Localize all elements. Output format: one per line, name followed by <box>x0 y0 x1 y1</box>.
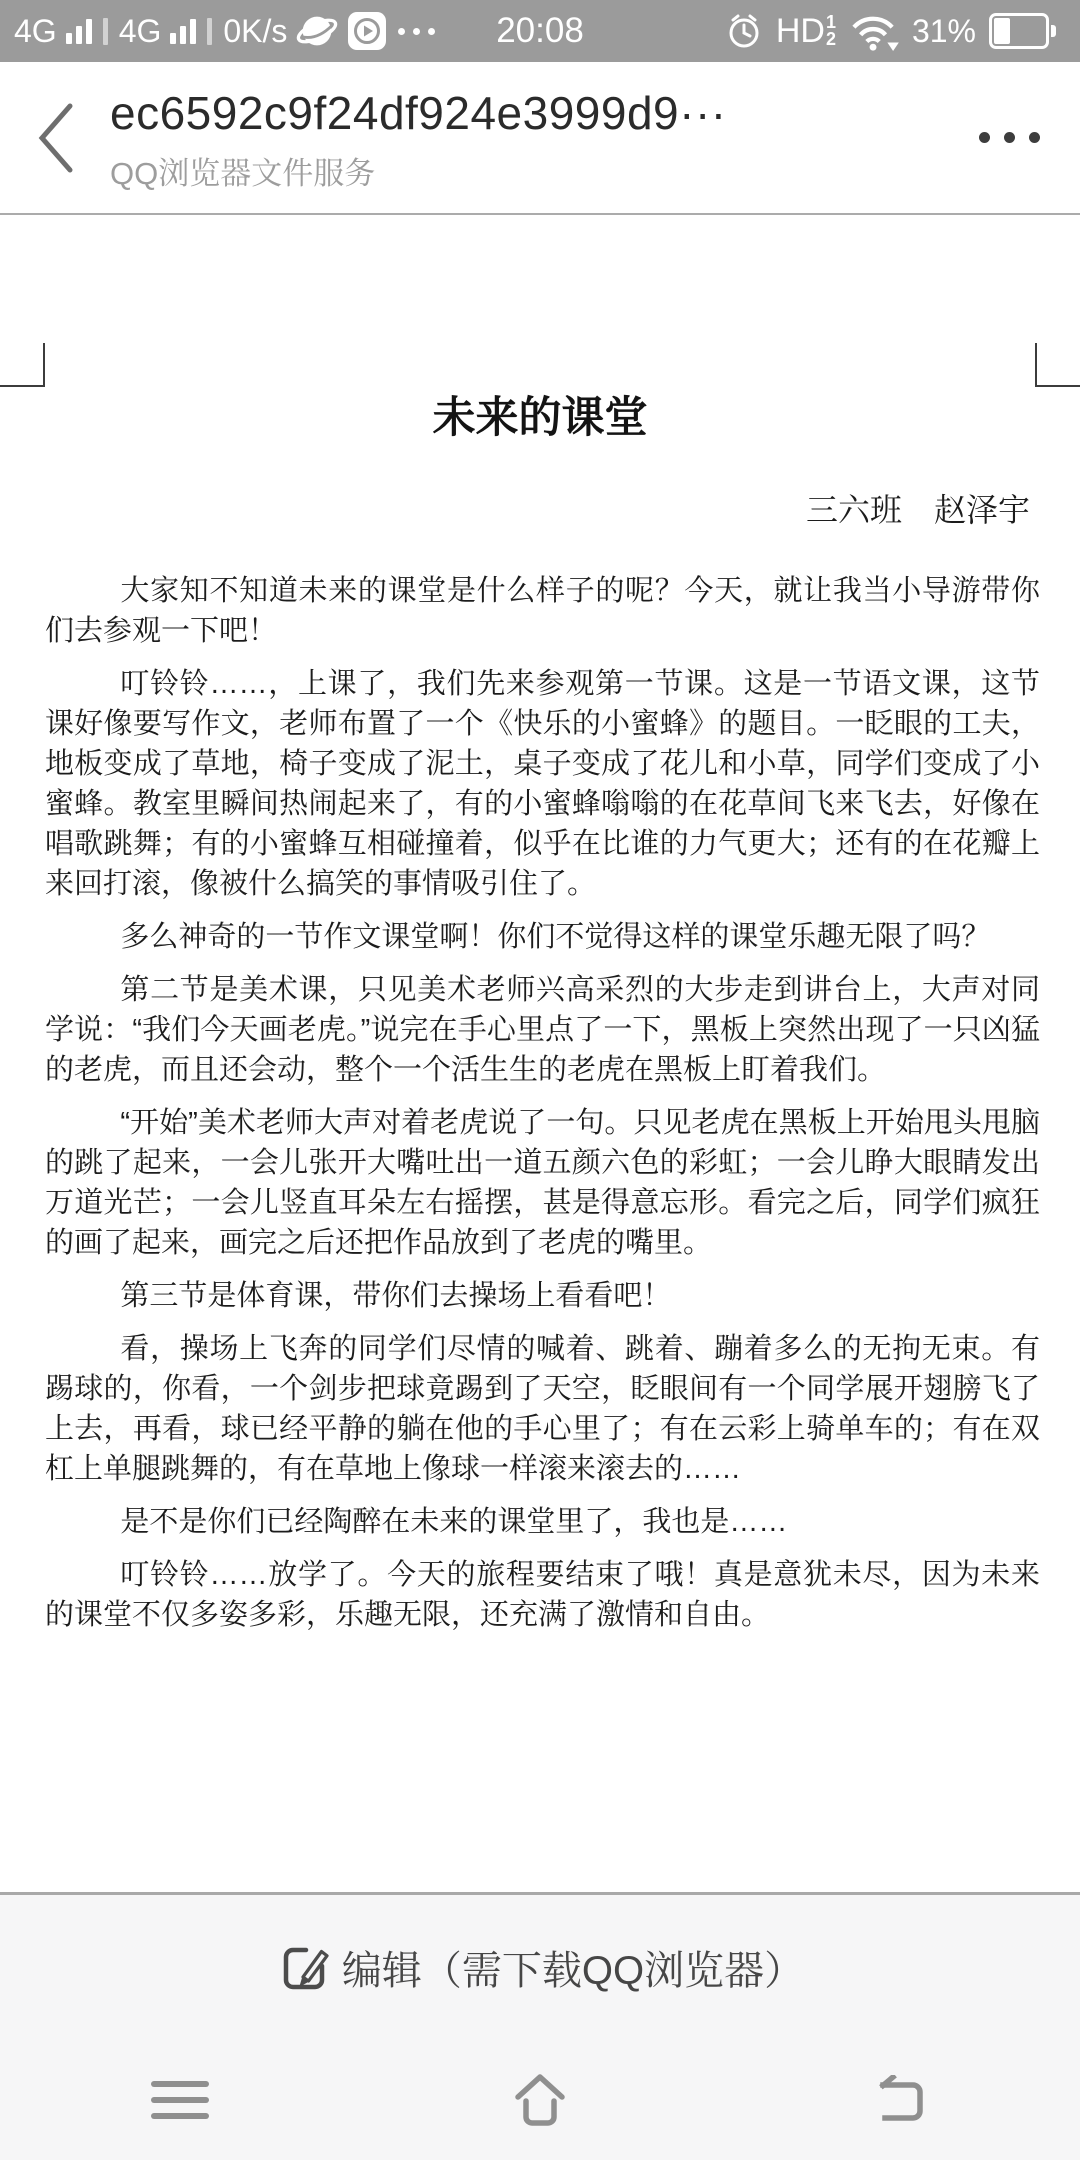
edit-button[interactable]: 编辑（需下载QQ浏览器） <box>0 1895 1080 2040</box>
essay-paragraph: 叮铃铃……，上课了，我们先来参观第一节课。这是一节语文课，这节课好像要写作文，老… <box>45 664 1040 904</box>
home-button[interactable] <box>360 2040 720 2160</box>
essay-paragraph: 看，操场上飞奔的同学们尽情的喊着、跳着、蹦着多么的无拘无束。有踢球的，你看，一个… <box>45 1329 1040 1489</box>
chevron-left-icon <box>34 102 76 174</box>
essay-paragraph: 是不是你们已经陶醉在未来的课堂里了，我也是…… <box>45 1502 1040 1542</box>
page-margin-mark-left <box>0 343 45 387</box>
return-arrow-icon <box>871 2075 929 2125</box>
sim1-network-label: 4G <box>14 0 57 62</box>
battery-icon <box>989 13 1056 49</box>
sim2-signal-icon <box>170 18 196 44</box>
edit-icon <box>276 1940 332 1996</box>
file-service-subtitle: QQ浏览器文件服务 <box>110 148 959 193</box>
ellipsis-icon <box>979 132 990 143</box>
page-margin-mark-right <box>1035 343 1080 387</box>
bottom-panel: 编辑（需下载QQ浏览器） <box>0 1892 1080 2160</box>
app-header: ec6592c9f24df924e3999d9··· QQ浏览器文件服务 <box>0 62 1080 215</box>
essay-paragraph: 多么神奇的一节作文课堂啊！你们不觉得这样的课堂乐趣无限了吗？ <box>45 917 1040 957</box>
status-bar-left: 4G 4G 0K/s <box>14 0 435 62</box>
volte-hd-icon: HD 1 2 <box>776 12 836 51</box>
network-speed-label: 0K/s <box>223 0 287 62</box>
more-notifications-icon <box>398 28 435 35</box>
file-name-title: ec6592c9f24df924e3999d9··· <box>110 86 959 140</box>
wifi-icon <box>849 10 899 52</box>
video-notification-icon <box>347 11 387 51</box>
home-icon <box>508 2071 572 2129</box>
sim1-signal-icon <box>66 18 92 44</box>
document-viewer[interactable]: 未来的课堂 三六班 赵泽宇 大家知不知道未来的课堂是什么样子的呢？今天，就让我当… <box>0 215 1080 1892</box>
essay-paragraph: “开始”美术老师大声对着老虎说了一句。只见老虎在黑板上开始甩头甩脑的跳了起来，一… <box>45 1103 1040 1263</box>
volte-sim2-number: 2 <box>826 31 836 48</box>
back-nav-button[interactable] <box>720 2040 1080 2160</box>
menu-icon <box>151 2074 209 2126</box>
status-bar-right: HD 1 2 31% <box>725 0 1056 62</box>
navigation-bar <box>0 2040 1080 2160</box>
back-button[interactable] <box>0 62 110 213</box>
screen: 4G 4G 0K/s 20: <box>0 0 1080 2160</box>
battery-percent-label: 31% <box>912 0 976 62</box>
alarm-icon <box>725 12 763 50</box>
browser-notification-icon <box>296 10 338 52</box>
essay-title: 未来的课堂 <box>0 393 1080 443</box>
essay-paragraph: 大家知不知道未来的课堂是什么样子的呢？今天，就让我当小导游带你们去参观一下吧！ <box>45 571 1040 651</box>
more-menu-button[interactable] <box>959 62 1080 213</box>
essay-body: 大家知不知道未来的课堂是什么样子的呢？今天，就让我当小导游带你们去参观一下吧！ … <box>45 571 1040 1635</box>
sim-divider <box>103 18 108 45</box>
edit-label: 编辑（需下载QQ浏览器） <box>342 1939 804 1996</box>
status-bar: 4G 4G 0K/s 20: <box>0 0 1080 62</box>
essay-paragraph: 第三节是体育课，带你们去操场上看看吧！ <box>45 1276 1040 1316</box>
essay-paragraph: 第二节是美术课，只见美术老师兴高采烈的大步走到讲台上，大声对同学说：“我们今天画… <box>45 970 1040 1090</box>
essay-paragraph: 叮铃铃……放学了。今天的旅程要结束了哦！真是意犹未尽，因为未来的课堂不仅多姿多彩… <box>45 1555 1040 1635</box>
sim2-network-label: 4G <box>119 0 162 62</box>
recents-button[interactable] <box>0 2040 360 2160</box>
volte-hd-label: HD <box>776 12 825 51</box>
sim-divider <box>207 18 212 45</box>
header-text: ec6592c9f24df924e3999d9··· QQ浏览器文件服务 <box>110 82 959 193</box>
essay-byline: 三六班 赵泽宇 <box>0 485 1080 531</box>
